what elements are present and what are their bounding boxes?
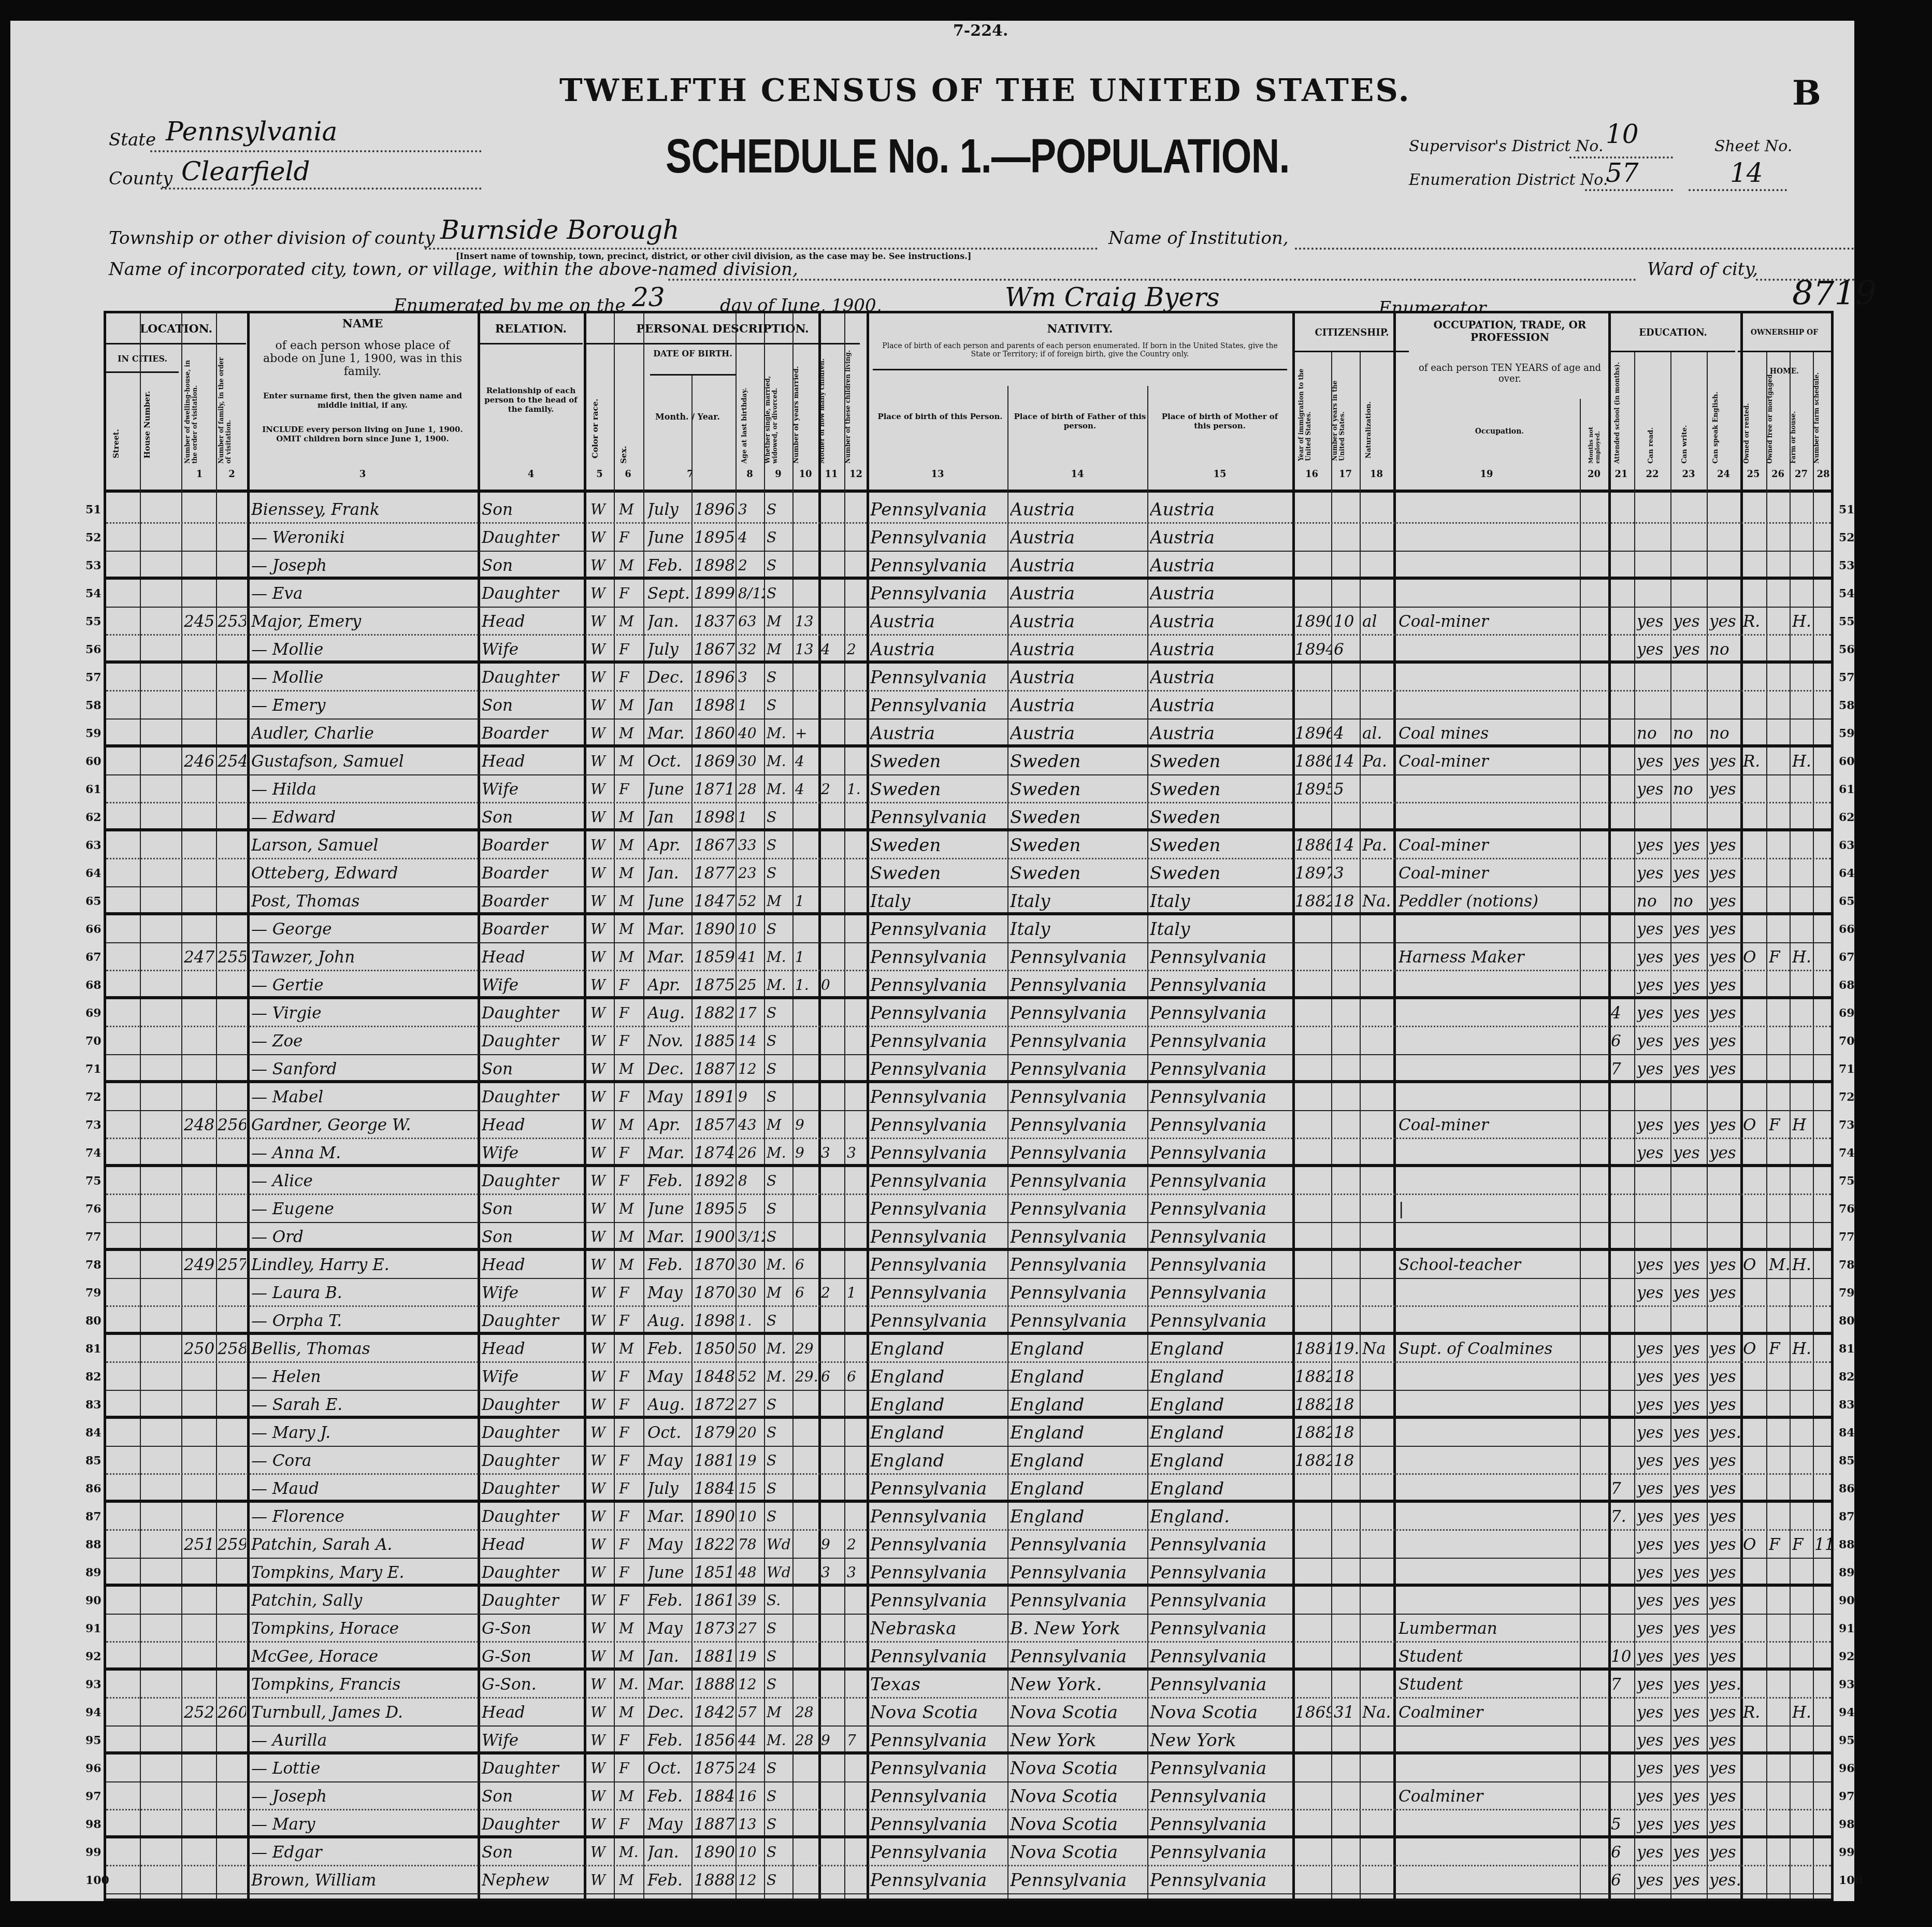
farm-schedule-number-cell [1814, 1810, 1835, 1838]
birth-year-cell: 1884 [694, 1782, 736, 1810]
farm-schedule-number-cell [1814, 1643, 1835, 1671]
mother-of-cell: 2 [821, 775, 844, 803]
can-speak-english-cell: yes [1709, 1279, 1740, 1307]
table-row: — JosephSonWMFeb.18982SPennsylvaniaAustr… [106, 552, 1831, 580]
naturalization-cell [1362, 1475, 1393, 1503]
family-number-cell [218, 1447, 246, 1475]
owned-free-mortgaged-cell [1769, 999, 1790, 1027]
can-write-cell: yes [1673, 1335, 1707, 1363]
years-married-cell [795, 1307, 818, 1335]
farm-schedule-number-cell [1814, 1111, 1835, 1139]
naturalization-cell: Pa. [1362, 831, 1393, 859]
mother-of-cell: 2 [821, 1279, 844, 1307]
can-write-cell: yes [1673, 1559, 1707, 1587]
line-number-left: 100 [85, 1874, 109, 1887]
colnum-17: 17 [1331, 469, 1360, 480]
person-name-cell: — George [251, 915, 477, 943]
years-in-us-cell [1334, 1559, 1360, 1587]
relation-cell: Son [482, 1223, 583, 1251]
occupation-cell [1398, 524, 1580, 552]
birthplace-person-cell: Pennsylvania [870, 1643, 1007, 1671]
farm-house-cell: H. [1792, 1335, 1813, 1363]
farm-house-cell: H. [1792, 1251, 1813, 1279]
years-married-cell [795, 1531, 818, 1559]
ward-label: Ward of city, [1647, 259, 1758, 280]
farm-schedule-number-cell [1814, 1727, 1835, 1755]
table-row: 251259Patchin, Sarah A.HeadWFMay182278Wd… [106, 1531, 1831, 1559]
color-race-cell: W [590, 971, 614, 999]
years-in-us-cell: 18 [1334, 1391, 1360, 1419]
farm-house-cell [1792, 1866, 1813, 1894]
birth-year-cell: 1881 [694, 1447, 736, 1475]
owned-rented-cell [1743, 552, 1766, 580]
immigration-year-cell [1295, 1027, 1331, 1055]
birth-year-cell: 1896 [694, 664, 736, 692]
naturalization-cell [1362, 775, 1393, 803]
relation-cell: Daughter [482, 1503, 583, 1531]
color-race-cell: W [590, 943, 614, 971]
can-read-cell: yes [1637, 1615, 1670, 1643]
county-value: Clearfield [181, 156, 310, 186]
person-name-cell: — Mary [251, 1810, 477, 1838]
sex-cell: F [619, 1167, 642, 1195]
table-row: — MollieWifeWFJuly186732M1342AustriaAust… [106, 636, 1831, 664]
birth-month-cell: Apr. [647, 1111, 691, 1139]
children-living-cell [847, 1671, 868, 1699]
children-living-cell [847, 552, 868, 580]
birth-year-cell: 1822 [694, 1531, 736, 1559]
can-write-cell: yes [1673, 1027, 1707, 1055]
age-cell: 3/12 [738, 1223, 764, 1251]
can-speak-english-cell [1709, 524, 1740, 552]
table-row: — SanfordSonWMDec.188712SPennsylvaniaPen… [106, 1055, 1831, 1083]
occupation-cell [1398, 1223, 1580, 1251]
years-married-cell [795, 692, 818, 720]
age-cell: 39 [738, 1587, 764, 1615]
can-read-cell: yes [1637, 1111, 1670, 1139]
birthplace-father-cell: Pennsylvania [1010, 1167, 1147, 1195]
line-number-left: 72 [85, 1090, 102, 1104]
person-name-cell: — Helen [251, 1363, 477, 1391]
birthplace-person-cell: Pennsylvania [870, 1782, 1007, 1810]
line-number-right: 93 [1839, 1678, 1855, 1691]
line-number-left: 70 [85, 1034, 102, 1048]
birthplace-person-cell: Pennsylvania [870, 692, 1007, 720]
can-write-cell: yes [1673, 1587, 1707, 1615]
owned-rented-cell [1743, 1363, 1766, 1391]
owned-free-mortgaged-cell: F [1769, 1531, 1790, 1559]
birthplace-mother-cell: Pennsylvania [1150, 1531, 1292, 1559]
owned-free-mortgaged-cell [1769, 552, 1790, 580]
naturalization-cell [1362, 692, 1393, 720]
age-cell: 10 [738, 1503, 764, 1531]
immigration-year-cell [1295, 1559, 1331, 1587]
sex-cell: F [619, 999, 642, 1027]
can-speak-english-cell: yes [1709, 1335, 1740, 1363]
children-living-cell [847, 1615, 868, 1643]
can-read-cell: yes [1637, 1279, 1670, 1307]
birth-year-cell: 1851 [694, 1559, 736, 1587]
color-race-cell: W [590, 1307, 614, 1335]
dwelling-number-cell [184, 1587, 215, 1615]
mother-of-cell: 3 [821, 1139, 844, 1167]
line-number-right: 66 [1839, 923, 1855, 936]
owned-rented-cell [1743, 1615, 1766, 1643]
can-speak-english-cell [1709, 1167, 1740, 1195]
birthplace-person-cell: Pennsylvania [870, 1195, 1007, 1223]
relation-description: Relationship of each person to the head … [482, 386, 580, 414]
owned-free-mortgaged-cell [1769, 1391, 1790, 1419]
farm-schedule-number-cell [1814, 1083, 1835, 1111]
birthplace-father-cell: Pennsylvania [1010, 1866, 1147, 1894]
naturalization-cell [1362, 1279, 1393, 1307]
dwelling-number-cell: 252 [184, 1699, 215, 1727]
can-write-cell: yes [1673, 1111, 1707, 1139]
line-number-right: 76 [1839, 1202, 1855, 1216]
can-speak-english-cell: yes [1709, 1699, 1740, 1727]
color-race-cell: W [590, 1279, 614, 1307]
dwelling-number-cell [184, 1083, 215, 1111]
years-married-cell: 6 [795, 1279, 818, 1307]
marital-status-cell: M [767, 1699, 792, 1727]
birth-year-cell: 1895 [694, 1195, 736, 1223]
can-read-cell [1637, 524, 1670, 552]
school-months-cell [1611, 943, 1634, 971]
family-number-cell: 256 [218, 1111, 246, 1139]
sex-cell: F [619, 1391, 642, 1419]
years-married-cell [795, 831, 818, 859]
farm-house-cell: F [1792, 1531, 1813, 1559]
farm-house-cell [1792, 1810, 1813, 1838]
immigration-year-cell [1295, 1531, 1331, 1559]
family-number-cell [218, 552, 246, 580]
farm-schedule-number-cell [1814, 1167, 1835, 1195]
family-number-cell [218, 831, 246, 859]
line-number-right: 54 [1839, 587, 1855, 600]
owned-free-mortgaged-cell [1769, 496, 1790, 524]
birthplace-father-cell: Sweden [1010, 747, 1147, 775]
marital-status-cell: S [767, 1055, 792, 1083]
farm-schedule-number-cell [1814, 636, 1835, 664]
occupation-cell [1398, 1419, 1580, 1447]
birthplace-person-cell: Pennsylvania [870, 1866, 1007, 1894]
can-read-cell: yes [1637, 1838, 1670, 1866]
birth-year-cell: 1860 [694, 720, 736, 747]
line-number-left: 51 [85, 503, 102, 516]
can-speak-english-cell: no [1709, 720, 1740, 747]
birth-month-cell: Apr. [647, 971, 691, 999]
farm-house-cell [1792, 1447, 1813, 1475]
children-living-cell [847, 1866, 868, 1894]
family-number-cell [218, 1391, 246, 1419]
can-write-cell: yes [1673, 1866, 1707, 1894]
person-name-cell: Gustafson, Samuel [251, 747, 477, 775]
mother-of-cell [821, 859, 844, 887]
birth-year-cell: 1861 [694, 1587, 736, 1615]
birth-month-cell: Feb. [647, 1251, 691, 1279]
years-in-us-cell [1334, 1671, 1360, 1699]
naturalization-cell [1362, 1587, 1393, 1615]
marital-status-cell: S [767, 915, 792, 943]
dwelling-number-cell [184, 1195, 215, 1223]
sheet-label: Sheet No. [1714, 137, 1792, 155]
occupation-cell [1398, 580, 1580, 608]
occupation-cell: Coal-miner [1398, 859, 1580, 887]
dwelling-number-cell [184, 1503, 215, 1531]
birth-year-cell: 1871 [694, 775, 736, 803]
years-in-us-cell: 3 [1334, 859, 1360, 887]
owned-rented-cell: O [1743, 1531, 1766, 1559]
mother-of-cell [821, 1615, 844, 1643]
immigration-year-cell [1295, 1139, 1331, 1167]
birthplace-father-cell: Austria [1010, 720, 1147, 747]
dwelling-number-cell: 250 [184, 1335, 215, 1363]
farm-schedule-number-cell [1814, 1195, 1835, 1223]
line-number-right: 75 [1839, 1174, 1855, 1188]
birth-month-cell: Sept. [647, 580, 691, 608]
birthplace-person-cell: Sweden [870, 831, 1007, 859]
schedule-title: SCHEDULE No. 1.—POPULATION. [666, 130, 1290, 184]
can-read-cell: yes [1637, 1419, 1670, 1447]
line-number-left: 62 [85, 811, 102, 824]
owned-rented-cell [1743, 580, 1766, 608]
birth-year-cell: 1874 [694, 1139, 736, 1167]
table-row: 249257Lindley, Harry E.HeadWMFeb.187030M… [106, 1251, 1831, 1279]
birthplace-mother-cell: Italy [1150, 915, 1292, 943]
immigration-year-cell [1295, 803, 1331, 831]
school-months-cell [1611, 1447, 1634, 1475]
years-in-us-cell: 18 [1334, 1363, 1360, 1391]
col-years-married-label: Number of years married. [792, 344, 800, 464]
immigration-year-cell [1295, 999, 1331, 1027]
line-number-left: 59 [85, 727, 102, 740]
person-name-cell: — Orpha T. [251, 1307, 477, 1335]
years-in-us-cell [1334, 1475, 1360, 1503]
line-number-left: 80 [85, 1314, 102, 1328]
can-read-cell: yes [1637, 915, 1670, 943]
can-write-cell: yes [1673, 1139, 1707, 1167]
person-name-cell: — Hilda [251, 775, 477, 803]
color-race-cell: W [590, 720, 614, 747]
family-number-cell: 260 [218, 1699, 246, 1727]
birth-year-cell: 1875 [694, 1755, 736, 1782]
immigration-year-cell: 1897 [1295, 859, 1331, 887]
owned-free-mortgaged-cell [1769, 1475, 1790, 1503]
family-number-cell [218, 971, 246, 999]
birth-month-cell: July [647, 496, 691, 524]
occupation-cell [1398, 1363, 1580, 1391]
farm-schedule-number-cell [1814, 580, 1835, 608]
school-months-cell [1611, 608, 1634, 636]
owned-rented-cell: O [1743, 943, 1766, 971]
immigration-year-cell: 1882 [1295, 887, 1331, 915]
relation-cell: Daughter [482, 1083, 583, 1111]
immigration-year-cell: 1882 [1295, 1447, 1331, 1475]
relation-cell: Head [482, 1251, 583, 1279]
owned-free-mortgaged-cell [1769, 692, 1790, 720]
can-read-cell: yes [1637, 943, 1670, 971]
line-number-right: 64 [1839, 867, 1855, 880]
line-number-left: 53 [85, 559, 102, 572]
person-name-cell: Tawzer, John [251, 943, 477, 971]
dwelling-number-cell: 245 [184, 608, 215, 636]
farm-house-cell [1792, 1083, 1813, 1111]
document-title: TWELFTH CENSUS OF THE UNITED STATES. [559, 73, 1411, 109]
can-speak-english-cell [1709, 1195, 1740, 1223]
mother-of-cell [821, 524, 844, 552]
colnum-9: 9 [764, 469, 792, 480]
can-write-cell [1673, 1083, 1707, 1111]
birthplace-father-cell: Pennsylvania [1010, 1251, 1147, 1279]
owned-rented-cell [1743, 1139, 1766, 1167]
birthplace-mother-cell: Pennsylvania [1150, 1111, 1292, 1139]
family-number-cell [218, 1195, 246, 1223]
can-write-cell: yes [1673, 1810, 1707, 1838]
birthplace-person-cell: Nova Scotia [870, 1699, 1007, 1727]
owned-rented-cell [1743, 1195, 1766, 1223]
can-write-cell: yes [1673, 1531, 1707, 1559]
state-value: Pennsylvania [166, 117, 337, 147]
can-speak-english-cell: yes [1709, 608, 1740, 636]
owned-rented-cell [1743, 1055, 1766, 1083]
age-cell: 52 [738, 1363, 764, 1391]
immigration-year-cell [1295, 1587, 1331, 1615]
birthplace-person-cell: England [870, 1419, 1007, 1447]
can-read-cell: yes [1637, 999, 1670, 1027]
years-married-cell [795, 1475, 818, 1503]
farm-house-cell [1792, 496, 1813, 524]
color-race-cell: W [590, 915, 614, 943]
can-write-cell: yes [1673, 1838, 1707, 1866]
relation-cell: Daughter [482, 1559, 583, 1587]
can-write-cell: yes [1673, 1391, 1707, 1419]
owned-free-mortgaged-cell: M. [1769, 1251, 1790, 1279]
birthplace-mother-cell: Pennsylvania [1150, 1810, 1292, 1838]
can-read-cell: yes [1637, 1503, 1670, 1531]
years-in-us-cell [1334, 1251, 1360, 1279]
children-living-cell: 1 [847, 1279, 868, 1307]
years-in-us-cell [1334, 1503, 1360, 1531]
birth-year-cell: 1867 [694, 636, 736, 664]
farm-schedule-number-cell [1814, 831, 1835, 859]
family-number-cell [218, 1083, 246, 1111]
can-read-cell: yes [1637, 1251, 1670, 1279]
occupation-cell [1398, 1503, 1580, 1531]
farm-schedule-number-cell [1814, 524, 1835, 552]
group-citizenship: CITIZENSHIP. [1295, 313, 1409, 352]
color-race-cell: W [590, 1587, 614, 1615]
occupation-cell: Coal-miner [1398, 747, 1580, 775]
sex-cell: M [619, 1055, 642, 1083]
birthplace-person-cell: England [870, 1363, 1007, 1391]
mother-of-cell [821, 1083, 844, 1111]
can-write-cell: yes [1673, 943, 1707, 971]
mother-of-cell [821, 1866, 844, 1894]
occupation-cell [1398, 1475, 1580, 1503]
immigration-year-cell [1295, 971, 1331, 999]
birth-year-cell: 1850 [694, 1335, 736, 1363]
birthplace-person-cell: Pennsylvania [870, 1083, 1007, 1111]
school-months-cell: 7 [1611, 1671, 1634, 1699]
table-row: — EmerySonWMJan18981SPennsylvaniaAustria… [106, 692, 1831, 720]
dwelling-number-cell [184, 1671, 215, 1699]
immigration-year-cell: 1895 [1295, 775, 1331, 803]
birthplace-person-cell: England [870, 1447, 1007, 1475]
can-speak-english-cell: yes [1709, 915, 1740, 943]
birthplace-father-cell: Nova Scotia [1010, 1838, 1147, 1866]
naturalization-cell [1362, 1838, 1393, 1866]
children-living-cell [847, 1699, 868, 1727]
line-number-left: 76 [85, 1202, 102, 1216]
children-living-cell [847, 859, 868, 887]
table-row: — ZoeDaughterWFNov.188514SPennsylvaniaPe… [106, 1027, 1831, 1055]
can-write-cell: yes [1673, 859, 1707, 887]
birthplace-father-cell: Pennsylvania [1010, 1027, 1147, 1055]
birthplace-father-cell: B. New York [1010, 1615, 1147, 1643]
immigration-year-cell [1295, 943, 1331, 971]
children-living-cell [847, 1111, 868, 1139]
line-number-right: 89 [1839, 1566, 1855, 1579]
occupation-cell: School-teacher [1398, 1251, 1580, 1279]
birth-year-cell: 1890 [694, 915, 736, 943]
farm-schedule-number-cell [1814, 692, 1835, 720]
can-read-cell: yes [1637, 636, 1670, 664]
birthplace-person-cell: Pennsylvania [870, 803, 1007, 831]
birthplace-father-cell: Pennsylvania [1010, 1559, 1147, 1587]
owned-free-mortgaged-cell [1769, 1279, 1790, 1307]
years-married-cell [795, 1447, 818, 1475]
school-months-cell [1611, 775, 1634, 803]
line-number-left: 57 [85, 671, 102, 684]
table-row: — EvaDaughterWFSept.18998/12SPennsylvani… [106, 580, 1831, 608]
occupation-cell [1398, 803, 1580, 831]
can-read-cell [1637, 552, 1670, 580]
line-number-right: 84 [1839, 1426, 1855, 1440]
family-number-cell [218, 1139, 246, 1167]
owned-free-mortgaged-cell [1769, 1167, 1790, 1195]
children-living-cell [847, 1223, 868, 1251]
birth-month-cell: Apr. [647, 831, 691, 859]
line-number-right: 67 [1839, 951, 1855, 964]
years-in-us-cell [1334, 1167, 1360, 1195]
group-name: NAME [249, 313, 477, 334]
farm-house-cell [1792, 1139, 1813, 1167]
relation-cell: Boarder [482, 915, 583, 943]
birthplace-person-cell: Nebraska [870, 1615, 1007, 1643]
relation-cell: Boarder [482, 859, 583, 887]
can-speak-english-cell: yes [1709, 1782, 1740, 1810]
owned-free-mortgaged-cell [1769, 1503, 1790, 1531]
dwelling-number-cell [184, 1475, 215, 1503]
years-married-cell [795, 1419, 818, 1447]
school-months-cell: 5 [1611, 1810, 1634, 1838]
birth-month-cell: Feb. [647, 1335, 691, 1363]
children-living-cell [847, 496, 868, 524]
owned-rented-cell [1743, 1587, 1766, 1615]
birthplace-father-cell: Pennsylvania [1010, 1587, 1147, 1615]
birthplace-father-cell: Austria [1010, 608, 1147, 636]
owned-free-mortgaged-cell [1769, 747, 1790, 775]
color-race-cell: W [590, 1391, 614, 1419]
school-months-cell [1611, 1531, 1634, 1559]
naturalization-cell [1362, 1055, 1393, 1083]
line-number-left: 68 [85, 979, 102, 992]
line-number-right: 81 [1839, 1342, 1855, 1356]
dwelling-number-cell [184, 1055, 215, 1083]
farm-schedule-number-cell [1814, 496, 1835, 524]
school-months-cell [1611, 692, 1634, 720]
birthplace-father-cell: Nova Scotia [1010, 1782, 1147, 1810]
